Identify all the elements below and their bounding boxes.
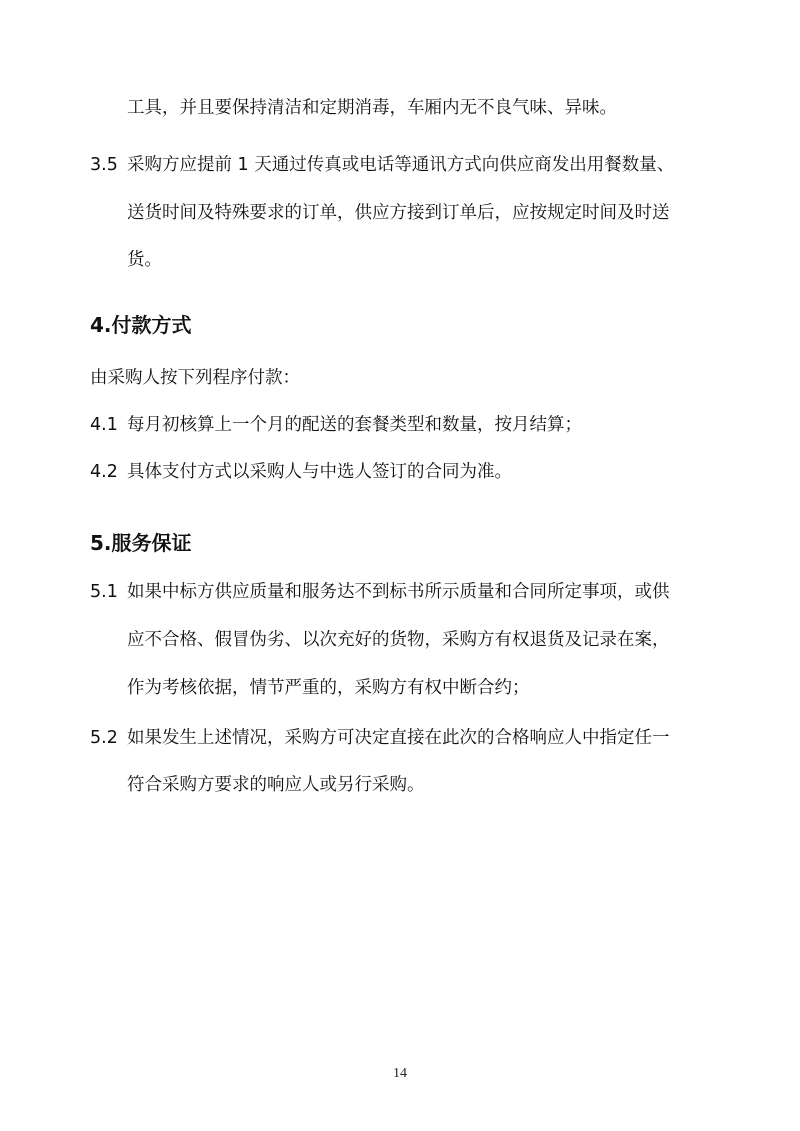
item-number: 3.5 <box>90 153 118 177</box>
paragraph-line: 具体支付方式以采购人与中选人签订的合同为准。 <box>127 460 512 484</box>
paragraph-line: 采购方应提前 1 天通过传真或电话等通讯方式向供应商发出用餐数量、 <box>127 153 674 177</box>
item-number: 4.1 <box>90 413 118 437</box>
paragraph-line: 如果发生上述情况，采购方可决定直接在此次的合格响应人中指定任一 <box>127 726 670 750</box>
paragraph-line: 作为考核依据，情节严重的，采购方有权中断合约； <box>127 676 530 700</box>
item-number: 4.2 <box>90 460 118 484</box>
section-heading: 4.付款方式 <box>90 311 192 339</box>
paragraph-line: 送货时间及特殊要求的订单，供应方接到订单后，应按规定时间及时送 <box>127 201 670 225</box>
item-number: 5.1 <box>90 580 118 604</box>
paragraph-line: 货。 <box>127 248 162 272</box>
paragraph-line: 由采购人按下列程序付款： <box>90 366 300 390</box>
item-number: 5.2 <box>90 726 118 750</box>
paragraph-line: 如果中标方供应质量和服务达不到标书所示质量和合同所定事项，或供 <box>127 580 670 604</box>
paragraph-line: 符合采购方要求的响应人或另行采购。 <box>127 773 425 797</box>
section-heading: 5.服务保证 <box>90 529 192 557</box>
page-number: 14 <box>0 1066 800 1082</box>
paragraph-line: 每月初核算上一个月的配送的套餐类型和数量，按月结算； <box>127 413 582 437</box>
paragraph-line: 应不合格、假冒伪劣、以次充好的货物，采购方有权退货及记录在案， <box>127 628 670 652</box>
paragraph-line: 工具，并且要保持清洁和定期消毒，车厢内无不良气味、异味。 <box>127 96 617 120</box>
